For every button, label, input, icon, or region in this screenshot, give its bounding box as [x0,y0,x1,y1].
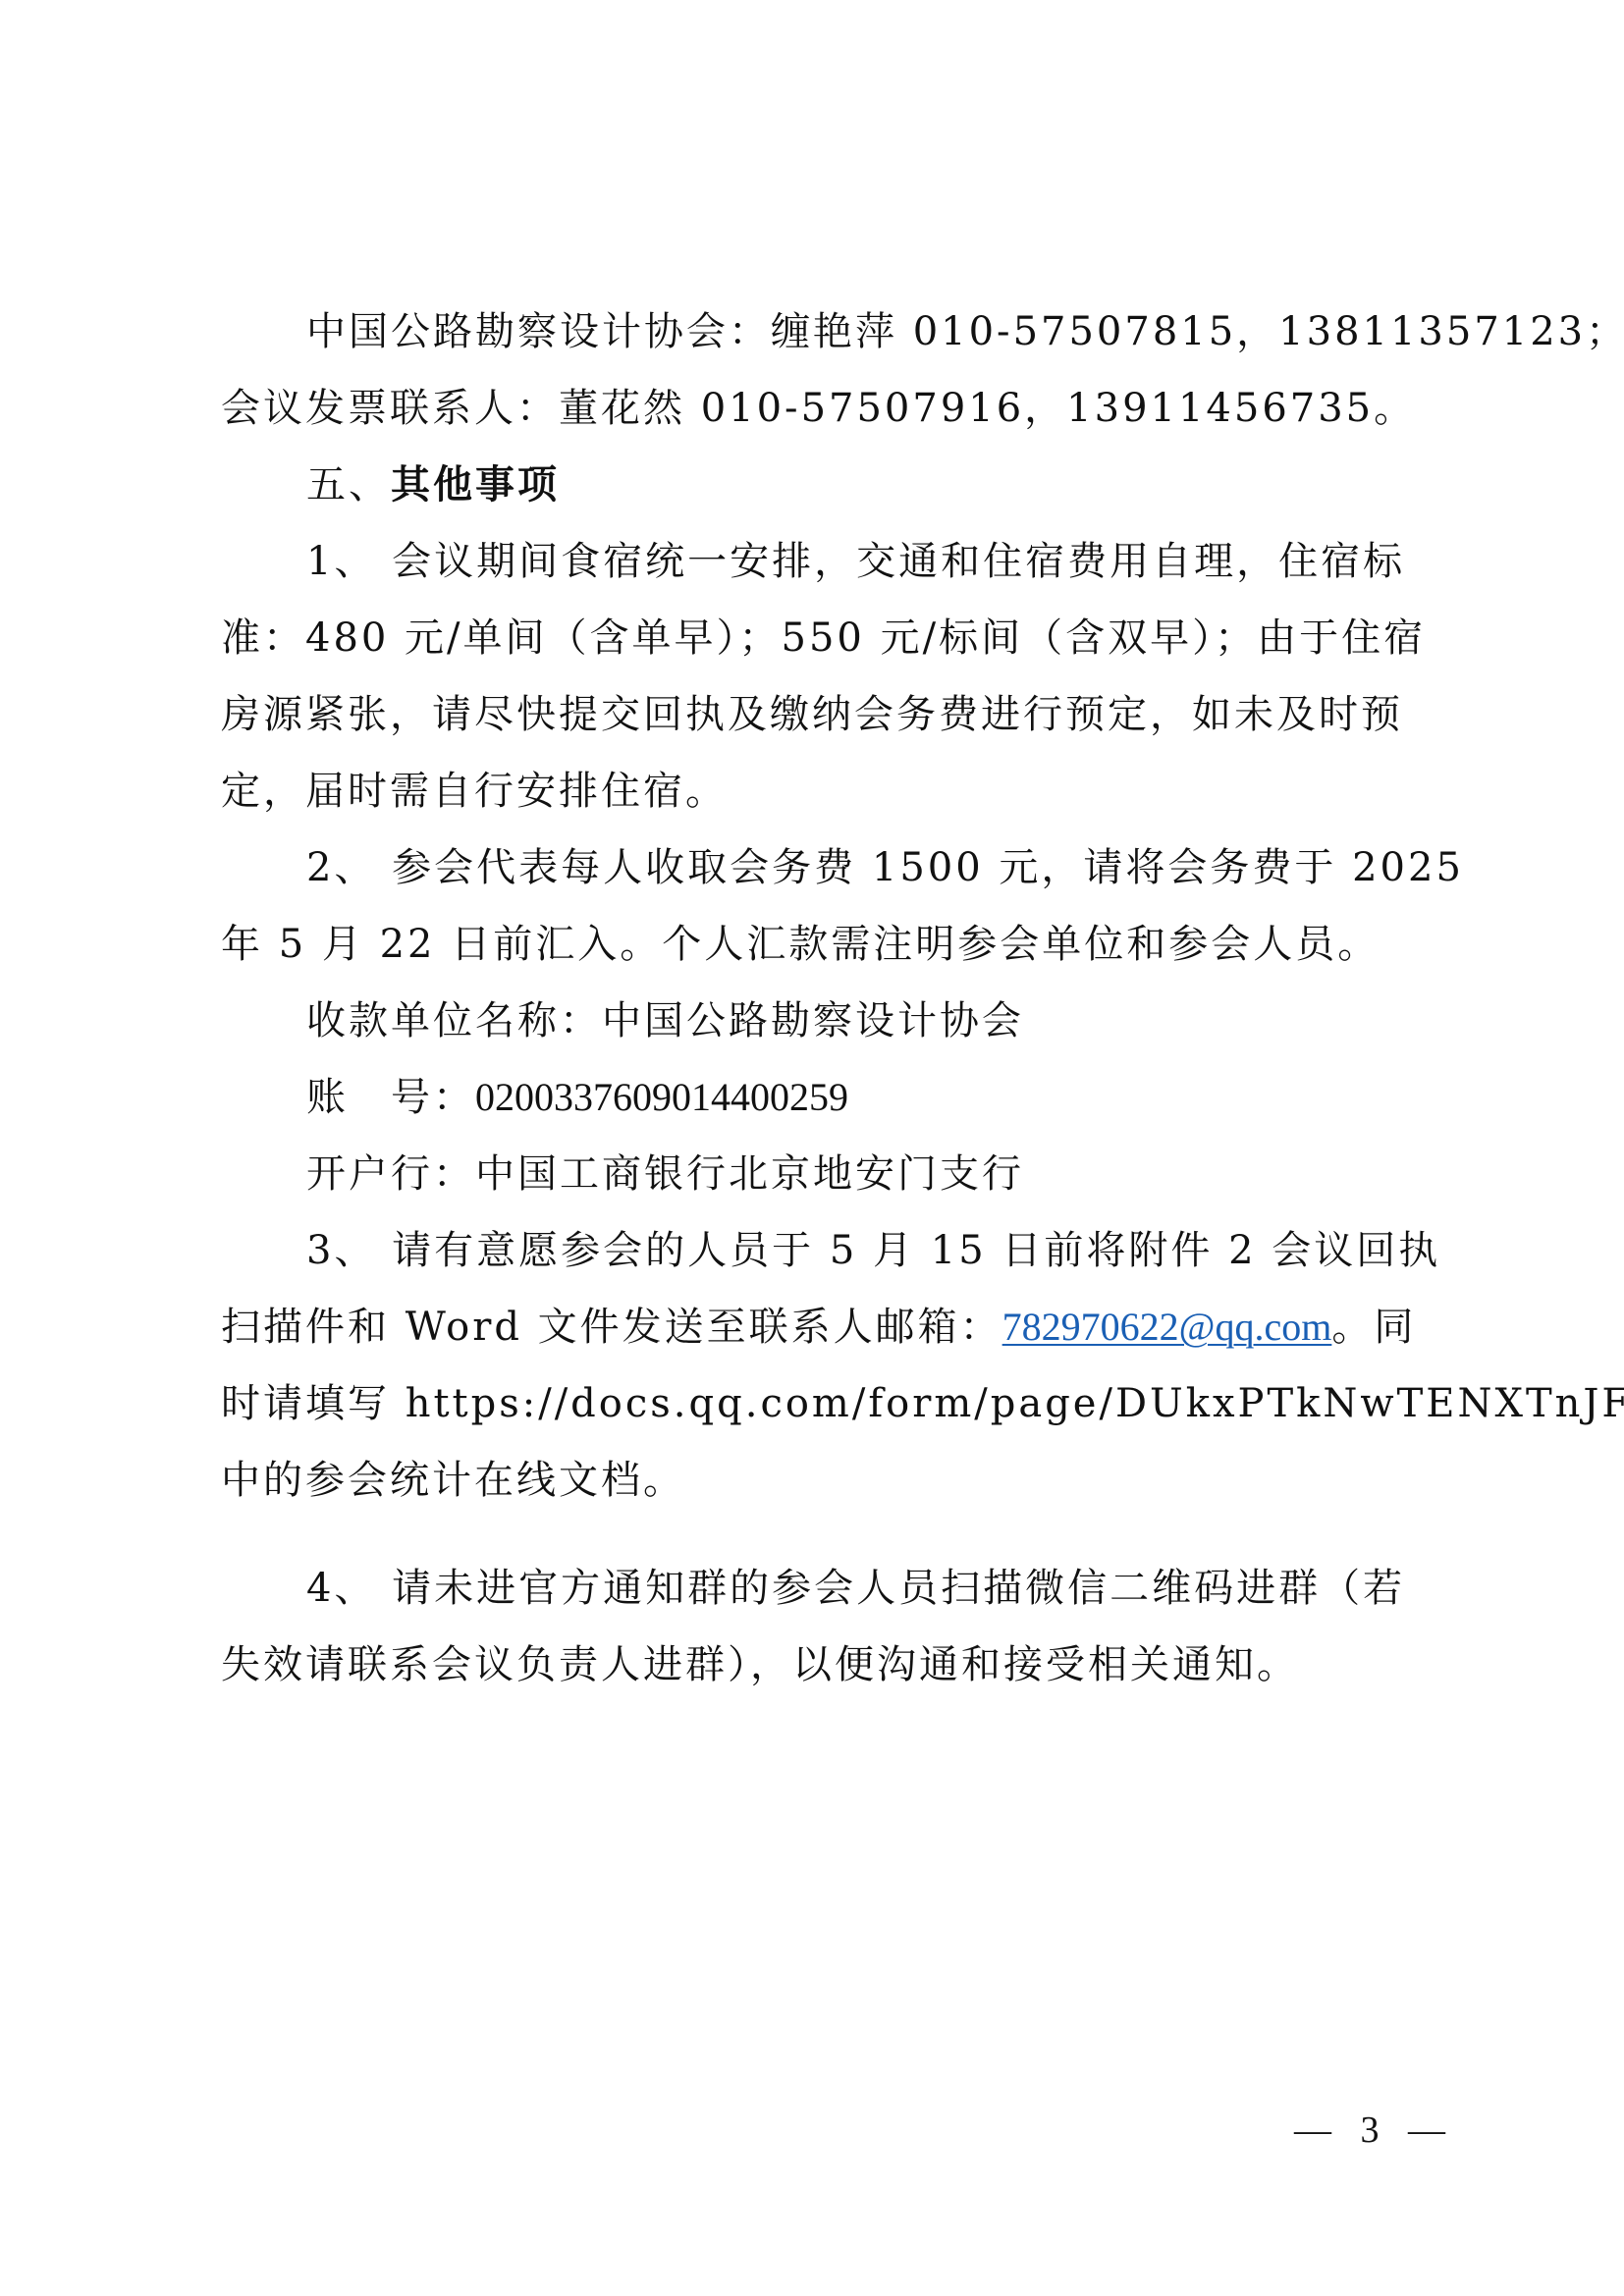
item3-line3: 时请填写 https://docs.qq.com/form/page/DUkxP… [221,1378,1438,1429]
item1-line2: 准：480 元/单间（含单早）；550 元/标间（含双早）；由于住宿 [221,613,1438,664]
item2-line2: 年 5 月 22 日前汇入。个人汇款需注明参会单位和参会人员。 [221,919,1438,970]
document-page: 中国公路勘察设计协会：缠艳萍 010-57507815，13811357123；… [0,0,1624,2296]
item4-line2: 失效请联系会议负责人进群），以便沟通和接受相关通知。 [221,1639,1438,1690]
page-number: — 3 — [1294,2109,1455,2152]
item3-line2: 扫描件和 Word 文件发送至联系人邮箱：782970622@qq.com。同 [221,1302,1438,1353]
section-heading-title: 其他事项 [391,462,560,507]
item3-line2-prefix: 扫描件和 Word 文件发送至联系人邮箱： [221,1305,1002,1350]
bank-value: 中国工商银行北京地安门支行 [475,1151,1024,1197]
item2-line1: 2、 参会代表每人收取会务费 1500 元，请将会务费于 2025 [306,842,1524,893]
item1-line4: 定，届时需自行安排住宿。 [221,766,1438,817]
item1-line1: 1、 会议期间食宿统一安排，交通和住宿费用自理，住宿标 [306,536,1524,587]
section-heading: 五、其他事项 [306,459,1524,510]
account-line: 账 号：0200337609014400259 [306,1072,1524,1123]
item3-line1: 3、 请有意愿参会的人员于 5 月 15 日前将附件 2 会议回执 [306,1225,1524,1276]
payee-line: 收款单位名称：中国公路勘察设计协会 [306,995,1524,1046]
item1-line3: 房源紧张，请尽快提交回执及缴纳会务费进行预定，如未及时预 [221,689,1438,740]
bank-label: 开户行： [306,1151,475,1197]
account-value: 0200337609014400259 [475,1075,848,1119]
contact-line-invoice: 会议发票联系人：董花然 010-57507916，13911456735。 [221,383,1438,434]
section-heading-prefix: 五、 [306,462,391,507]
payee-value: 中国公路勘察设计协会 [602,998,1024,1043]
item3-line4: 中的参会统计在线文档。 [221,1455,1438,1506]
payee-label: 收款单位名称： [306,998,602,1043]
bank-line: 开户行：中国工商银行北京地安门支行 [306,1148,1524,1200]
item3-line2-suffix: 。同 [1331,1305,1416,1350]
account-label: 账 号： [306,1075,475,1120]
email-link[interactable]: 782970622@qq.com [1002,1305,1332,1349]
contact-line-association: 中国公路勘察设计协会：缠艳萍 010-57507815，13811357123； [306,306,1524,357]
item4-line1: 4、 请未进官方通知群的参会人员扫描微信二维码进群（若 [306,1563,1524,1614]
